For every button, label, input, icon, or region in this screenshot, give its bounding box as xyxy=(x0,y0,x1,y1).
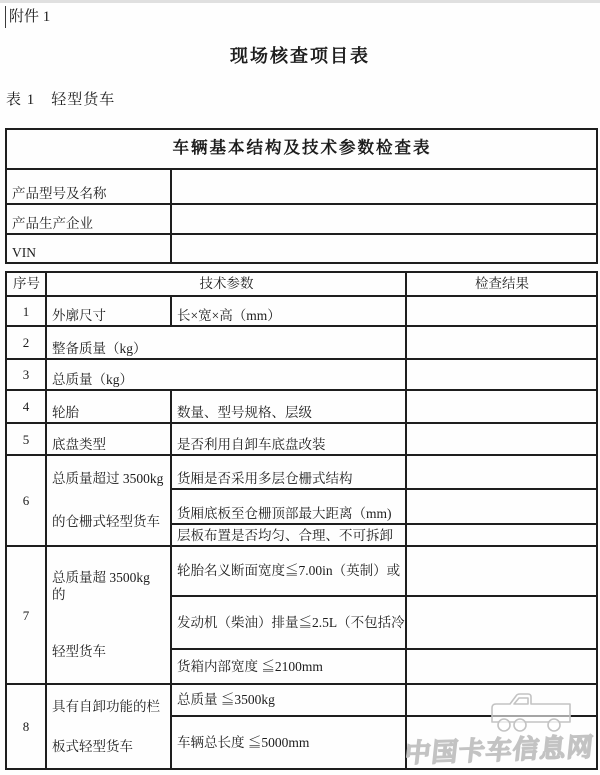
row-label-multiline: 总质量超过 3500kg 的仓栅式轻型货车 xyxy=(46,455,171,546)
table-row: 5 底盘类型 是否利用自卸车底盘改装 xyxy=(6,423,597,455)
parameter-check-table: 序号 技术参数 检查结果 1 外廓尺寸 长×宽×高（mm） 2 整备质量（kg）… xyxy=(5,271,598,770)
page-title: 现场核查项目表 xyxy=(0,42,600,68)
row-no: 6 xyxy=(6,455,46,546)
table-row: 1 外廓尺寸 长×宽×高（mm） xyxy=(6,296,597,326)
info-label-vin: VIN xyxy=(6,234,171,263)
result-cell xyxy=(406,649,597,684)
vehicle-info-table: 车辆基本结构及技术参数检查表 产品型号及名称 产品生产企业 VIN xyxy=(5,128,598,264)
table-caption: 表 1 轻型货车 xyxy=(6,88,115,109)
table-row: 6 总质量超过 3500kg 的仓栅式轻型货车 货厢是否采用多层仓栅式结构 xyxy=(6,455,597,489)
table-row: 7 总质量超 3500kg 的 轻型货车 轮胎名义断面宽度≦7.00in（英制）… xyxy=(6,546,597,596)
row-no: 7 xyxy=(6,546,46,684)
row-label: 底盘类型 xyxy=(46,423,171,455)
result-cell xyxy=(406,455,597,489)
row-label: 轮胎 xyxy=(46,390,171,423)
result-cell xyxy=(406,359,597,390)
scan-edge-strip xyxy=(0,0,600,3)
row-param: 发动机（柴油）排量≦2.5L（不包括冷 xyxy=(171,596,406,649)
table-row: 产品型号及名称 xyxy=(6,169,597,204)
table-row: 3 总质量（kg） xyxy=(6,359,597,390)
result-cell xyxy=(406,524,597,546)
info-value-vin xyxy=(171,234,597,263)
result-cell xyxy=(406,546,597,596)
row-no: 5 xyxy=(6,423,46,455)
result-cell xyxy=(406,423,597,455)
table-row: VIN xyxy=(6,234,597,263)
row-param: 长×宽×高（mm） xyxy=(171,296,406,326)
result-cell xyxy=(406,684,597,716)
row-label-multiline: 总质量超 3500kg 的 轻型货车 xyxy=(46,546,171,684)
attachment-label: 附件 1 xyxy=(5,6,50,28)
row-no: 4 xyxy=(6,390,46,423)
row-label-multiline: 具有自卸功能的栏 板式轻型货车 xyxy=(46,684,171,769)
table-row: 2 整备质量（kg） xyxy=(6,326,597,359)
result-cell xyxy=(406,326,597,359)
row-param: 是否利用自卸车底盘改装 xyxy=(171,423,406,455)
row-param: 货厢是否采用多层仓栅式结构 xyxy=(171,455,406,489)
row-param: 总质量 ≦3500kg xyxy=(171,684,406,716)
row-no: 1 xyxy=(6,296,46,326)
header-parameter: 技术参数 xyxy=(46,272,406,296)
row-no: 3 xyxy=(6,359,46,390)
row-param: 货箱内部宽度 ≦2100mm xyxy=(171,649,406,684)
row-label: 外廓尺寸 xyxy=(46,296,171,326)
info-label-model: 产品型号及名称 xyxy=(6,169,171,204)
result-cell xyxy=(406,390,597,423)
table-row: 4 轮胎 数量、型号规格、层级 xyxy=(6,390,597,423)
info-label-manufacturer: 产品生产企业 xyxy=(6,204,171,234)
row-param: 轮胎名义断面宽度≦7.00in（英制）或 xyxy=(171,546,406,596)
result-cell xyxy=(406,296,597,326)
result-cell xyxy=(406,489,597,524)
row-param: 车辆总长度 ≦5000mm xyxy=(171,716,406,769)
result-cell xyxy=(406,596,597,649)
row-param: 货厢底板至仓栅顶部最大距离（mm) xyxy=(171,489,406,524)
row-no: 8 xyxy=(6,684,46,769)
header-result: 检查结果 xyxy=(406,272,597,296)
check-table-title: 车辆基本结构及技术参数检查表 xyxy=(6,129,597,169)
row-param: 层板布置是否均匀、合理、不可拆卸 xyxy=(171,524,406,546)
row-label: 整备质量（kg） xyxy=(46,326,406,359)
header-index: 序号 xyxy=(6,272,46,296)
result-cell xyxy=(406,716,597,769)
scanned-document-page: 附件 1 现场核查项目表 表 1 轻型货车 车辆基本结构及技术参数检查表 产品型… xyxy=(0,0,600,775)
info-value-model xyxy=(171,169,597,204)
row-param: 数量、型号规格、层级 xyxy=(171,390,406,423)
row-label: 总质量（kg） xyxy=(46,359,406,390)
row-no: 2 xyxy=(6,326,46,359)
table-row: 8 具有自卸功能的栏 板式轻型货车 总质量 ≦3500kg xyxy=(6,684,597,716)
table-row: 产品生产企业 xyxy=(6,204,597,234)
info-value-manufacturer xyxy=(171,204,597,234)
table-header-row: 序号 技术参数 检查结果 xyxy=(6,272,597,296)
